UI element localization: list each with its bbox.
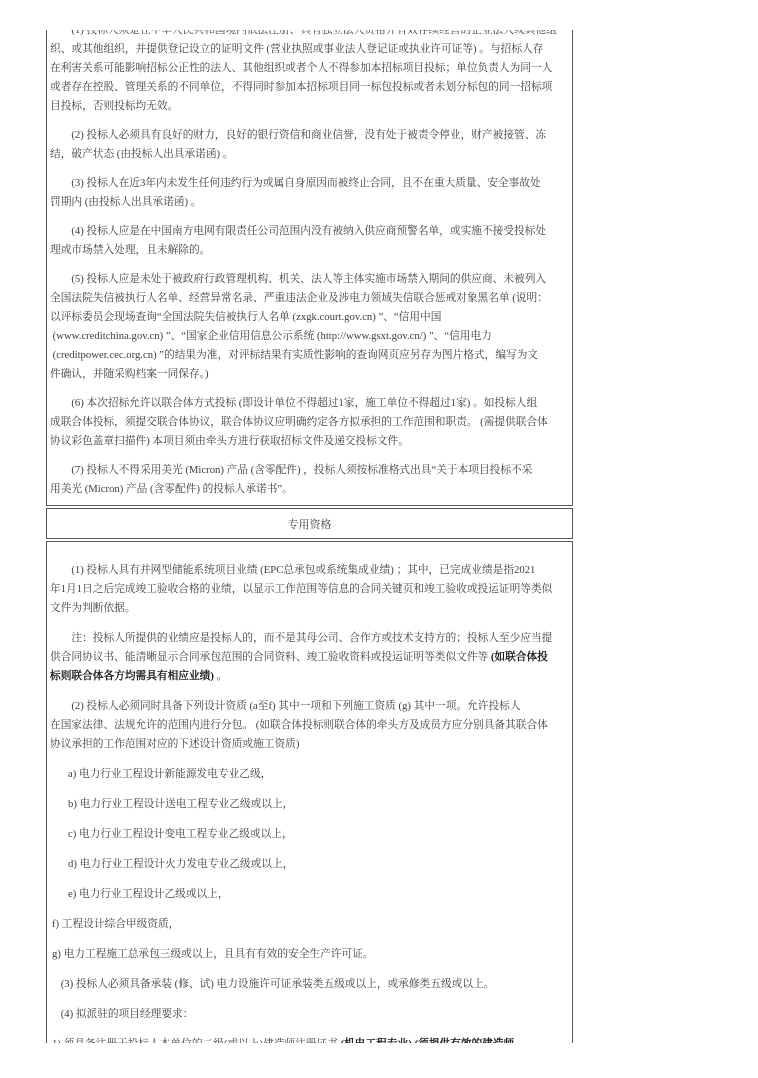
- text-line: (6) 本次招标允许以联合体方式投标 (即设计单位不得超过1家，施工单位不得超过…: [50, 394, 569, 413]
- text-line: (7) 投标人不得采用美光 (Micron) 产品 (含零配件) ，投标人须按标…: [50, 461, 569, 480]
- section-header-title: 专用资格: [288, 516, 332, 532]
- text-line: b) 电力行业工程设计送电工程专业乙级或以上，: [68, 795, 569, 814]
- text-line: 罚期内 (由投标人出具承诺函) 。: [50, 193, 569, 212]
- paragraph: b) 电力行业工程设计送电工程专业乙级或以上，: [68, 795, 569, 814]
- paragraph: (1) 投标人须是在中华人民共和国境内依法注册、具有独立法人资格并有效存续经营的…: [50, 30, 569, 40]
- section-header-special-qualifications: 专用资格: [46, 508, 573, 539]
- text-line: 结，破产状态 (由投标人出具承诺函) 。: [50, 145, 569, 164]
- text-line: 在国家法律、法规允许的范围内进行分包。 (如联合体投标则联合体的牵头方及成员方应…: [50, 716, 569, 735]
- paragraph: (3) 投标人必须具备承装 (修、试) 电力设施许可证承装类五级或以上，或承修类…: [50, 975, 569, 994]
- text-line: 全国法院失信被执行人名单、经营异常名录、严重违法企业及涉电力领域失信联合惩戒对象…: [50, 289, 569, 308]
- text-line: 理或市场禁入处理，且未解除的。: [50, 241, 569, 260]
- text-line: 1) 须具备注册于投标人本单位的二级(或以上)建造师注册证书 (机电工程专业) …: [52, 1035, 569, 1043]
- text-line: (creditpower.cec.org.cn) ”的结果为准，对评标结果有实质…: [50, 346, 569, 365]
- paragraph: (4) 投标人应是在中国南方电网有限责任公司范围内没有被纳入供应商预警名单，或实…: [50, 222, 569, 260]
- text-line: 标则联合体各方均需具有相应业绩) 。: [50, 667, 569, 686]
- text-line: 织、或其他组织，并提供登记设立的证明文件 (营业执照或事业法人登记证或执业许可证…: [50, 40, 569, 59]
- text-line: 在利害关系可能影响招标公正性的法人、其他组织或者个人不得参加本招标项目投标；单位…: [50, 59, 569, 78]
- text-line: c) 电力行业工程设计变电工程专业乙级或以上，: [68, 825, 569, 844]
- text-line: 供合同协议书、能清晰显示合同承包范围的合同资料、竣工验收资料或投运证明等类似文件…: [50, 648, 569, 667]
- text-line: f) 工程设计综合甲级资质，: [52, 915, 569, 934]
- text-line: 协议彩色盖章扫描件) 本项目须由牵头方进行获取招标文件及递交投标文件。: [50, 432, 569, 451]
- text-line: (2) 投标人必须具有良好的财力，良好的银行资信和商业信誉，没有处于被责令停业，…: [50, 126, 569, 145]
- paragraph: e) 电力行业工程设计乙级或以上，: [68, 885, 569, 904]
- text-line: 以评标委员会现场查询“全国法院失信被执行人名单 (zxgk.court.gov.…: [50, 308, 569, 327]
- text-line: 注：投标人所提供的业绩应是投标人的，而不是其母公司、合作方或技术支持方的；投标人…: [50, 629, 569, 648]
- paragraph: (4) 拟派驻的项目经理要求：: [50, 1005, 569, 1024]
- text-line: (2) 投标人必须同时具备下列设计资质 (a至f) 其中一项和下列施工资质 (g…: [50, 697, 569, 716]
- text-line: a) 电力行业工程设计新能源发电专业乙级，: [68, 765, 569, 784]
- paragraph: (2) 投标人必须同时具备下列设计资质 (a至f) 其中一项和下列施工资质 (g…: [50, 697, 569, 754]
- text-line: 年1月1日之后完成竣工验收合格的业绩，以显示工作范围等信息的合同关键页和竣工验收…: [50, 580, 569, 599]
- paragraph: 1) 须具备注册于投标人本单位的二级(或以上)建造师注册证书 (机电工程专业) …: [52, 1035, 569, 1043]
- paragraph: (3) 投标人在近3年内未发生任何违约行为或属自身原因而被终止合同，且不在重大质…: [50, 174, 569, 212]
- text-line: (www.creditchina.gov.cn) ”、“国家企业信用信息公示系统…: [50, 327, 569, 346]
- paragraph: d) 电力行业工程设计火力发电专业乙级或以上，: [68, 855, 569, 874]
- text-line: 件确认，并随采购档案一同保存。): [50, 365, 569, 384]
- paragraph: (7) 投标人不得采用美光 (Micron) 产品 (含零配件) ，投标人须按标…: [50, 461, 569, 499]
- text-line: (3) 投标人必须具备承装 (修、试) 电力设施许可证承装类五级或以上，或承修类…: [50, 975, 569, 994]
- text-line: d) 电力行业工程设计火力发电专业乙级或以上，: [68, 855, 569, 874]
- text-line: 用美光 (Micron) 产品 (含零配件) 的投标人承诺书”。: [50, 480, 569, 499]
- text-line: (1) 投标人具有并网型储能系统项目业绩 (EPC总承包或系统集成业绩) ；其中…: [50, 561, 569, 580]
- text-line: 或者存在控股、管理关系的不同单位，不得同时参加本招标项目同一标包投标或者未划分标…: [50, 78, 569, 97]
- paragraph: f) 工程设计综合甲级资质，: [52, 915, 569, 934]
- text-line: (5) 投标人应是未处于被政府行政管理机构、机关、法人等主体实施市场禁入期间的供…: [50, 270, 569, 289]
- paragraph: (6) 本次招标允许以联合体方式投标 (即设计单位不得超过1家，施工单位不得超过…: [50, 394, 569, 451]
- paragraph: c) 电力行业工程设计变电工程专业乙级或以上，: [68, 825, 569, 844]
- paragraph: (2) 投标人必须具有良好的财力，良好的银行资信和商业信誉，没有处于被责令停业，…: [50, 126, 569, 164]
- page: { "document": { "sections": { "general":…: [0, 0, 758, 1078]
- text-line: (4) 投标人应是在中国南方电网有限责任公司范围内没有被纳入供应商预警名单，或实…: [50, 222, 569, 241]
- paragraph: (5) 投标人应是未处于被政府行政管理机构、机关、法人等主体实施市场禁入期间的供…: [50, 270, 569, 384]
- qualification-cell-general: (1) 投标人须是在中华人民共和国境内依法注册、具有独立法人资格并有效存续经营的…: [46, 30, 573, 506]
- text-line: (1) 投标人须是在中华人民共和国境内依法注册、具有独立法人资格并有效存续经营的…: [50, 30, 569, 40]
- paragraph: 注：投标人所提供的业绩应是投标人的，而不是其母公司、合作方或技术支持方的；投标人…: [50, 629, 569, 686]
- paragraph: (1) 投标人具有并网型储能系统项目业绩 (EPC总承包或系统集成业绩) ；其中…: [50, 561, 569, 618]
- paragraph: g) 电力工程施工总承包三级或以上，且具有有效的安全生产许可证。: [52, 945, 569, 964]
- text-line: g) 电力工程施工总承包三级或以上，且具有有效的安全生产许可证。: [52, 945, 569, 964]
- text-line: (4) 拟派驻的项目经理要求：: [50, 1005, 569, 1024]
- text-line: (3) 投标人在近3年内未发生任何违约行为或属自身原因而被终止合同，且不在重大质…: [50, 174, 569, 193]
- qualification-cell-special: (1) 投标人具有并网型储能系统项目业绩 (EPC总承包或系统集成业绩) ；其中…: [46, 541, 573, 1043]
- text-line: e) 电力行业工程设计乙级或以上，: [68, 885, 569, 904]
- paragraph: a) 电力行业工程设计新能源发电专业乙级，: [68, 765, 569, 784]
- paragraph: 织、或其他组织，并提供登记设立的证明文件 (营业执照或事业法人登记证或执业许可证…: [50, 40, 569, 116]
- text-line: 文件为判断依据。: [50, 599, 569, 618]
- text-line: 协议承担的工作范围对应的下述设计资质或施工资质): [50, 735, 569, 754]
- text-line: 目投标，否则投标均无效。: [50, 97, 569, 116]
- text-line: 成联合体投标，须提交联合体协议，联合体协议应明确约定各方拟承担的工作范围和职责。…: [50, 413, 569, 432]
